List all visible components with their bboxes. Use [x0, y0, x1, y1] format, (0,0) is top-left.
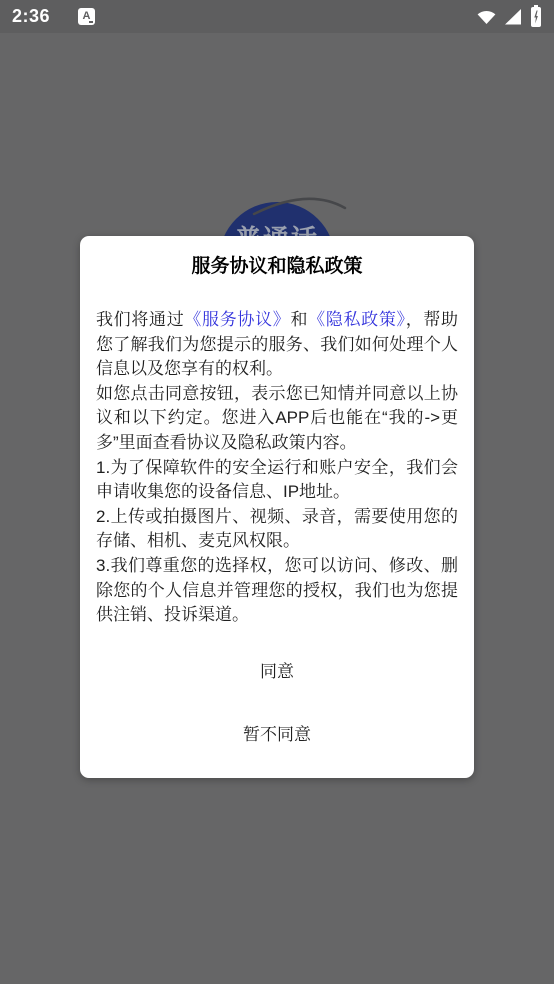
privacy-policy-dialog: 服务协议和隐私政策 我们将通过《服务协议》和《隐私政策》，帮助您了解我们为您提示… — [80, 236, 474, 778]
dialog-title: 服务协议和隐私政策 — [96, 254, 458, 280]
wifi-icon — [477, 9, 496, 25]
agree-button[interactable]: 同意 — [96, 660, 458, 684]
status-time: 2:36 — [12, 6, 50, 27]
privacy-policy-link[interactable]: 《隐私政策》 — [308, 310, 406, 329]
battery-charging-icon — [530, 5, 542, 28]
dialog-body: 我们将通过《服务协议》和《隐私政策》，帮助您了解我们为您提示的服务、我们如何处理… — [96, 308, 458, 628]
clause-3-paragraph: 3.我们尊重您的选择权，您可以访问、修改、删除您的个人信息并管理您的授权，我们也… — [96, 554, 458, 628]
service-agreement-link[interactable]: 《服务协议》 — [184, 310, 290, 329]
disagree-button[interactable]: 暂不同意 — [96, 723, 458, 747]
intro-prefix: 我们将通过 — [96, 310, 184, 329]
status-bar: 2:36 A — [0, 0, 554, 33]
clause-1-paragraph: 1.为了保障软件的安全运行和账户安全，我们会申请收集您的设备信息、IP地址。 — [96, 456, 458, 505]
intro-paragraph: 我们将通过《服务协议》和《隐私政策》，帮助您了解我们为您提示的服务、我们如何处理… — [96, 308, 458, 382]
status-icons — [477, 5, 542, 28]
notification-app-icon: A — [78, 8, 95, 25]
clause-2-paragraph: 2.上传或拍摄图片、视频、录音，需要使用您的存储、相机、麦克风权限。 — [96, 505, 458, 554]
agreement-note-paragraph: 如您点击同意按钮，表示您已知情并同意以上协议和以下约定。您进入APP后也能在“我… — [96, 382, 458, 456]
cellular-signal-icon — [504, 9, 522, 25]
intro-middle: 和 — [290, 310, 308, 329]
